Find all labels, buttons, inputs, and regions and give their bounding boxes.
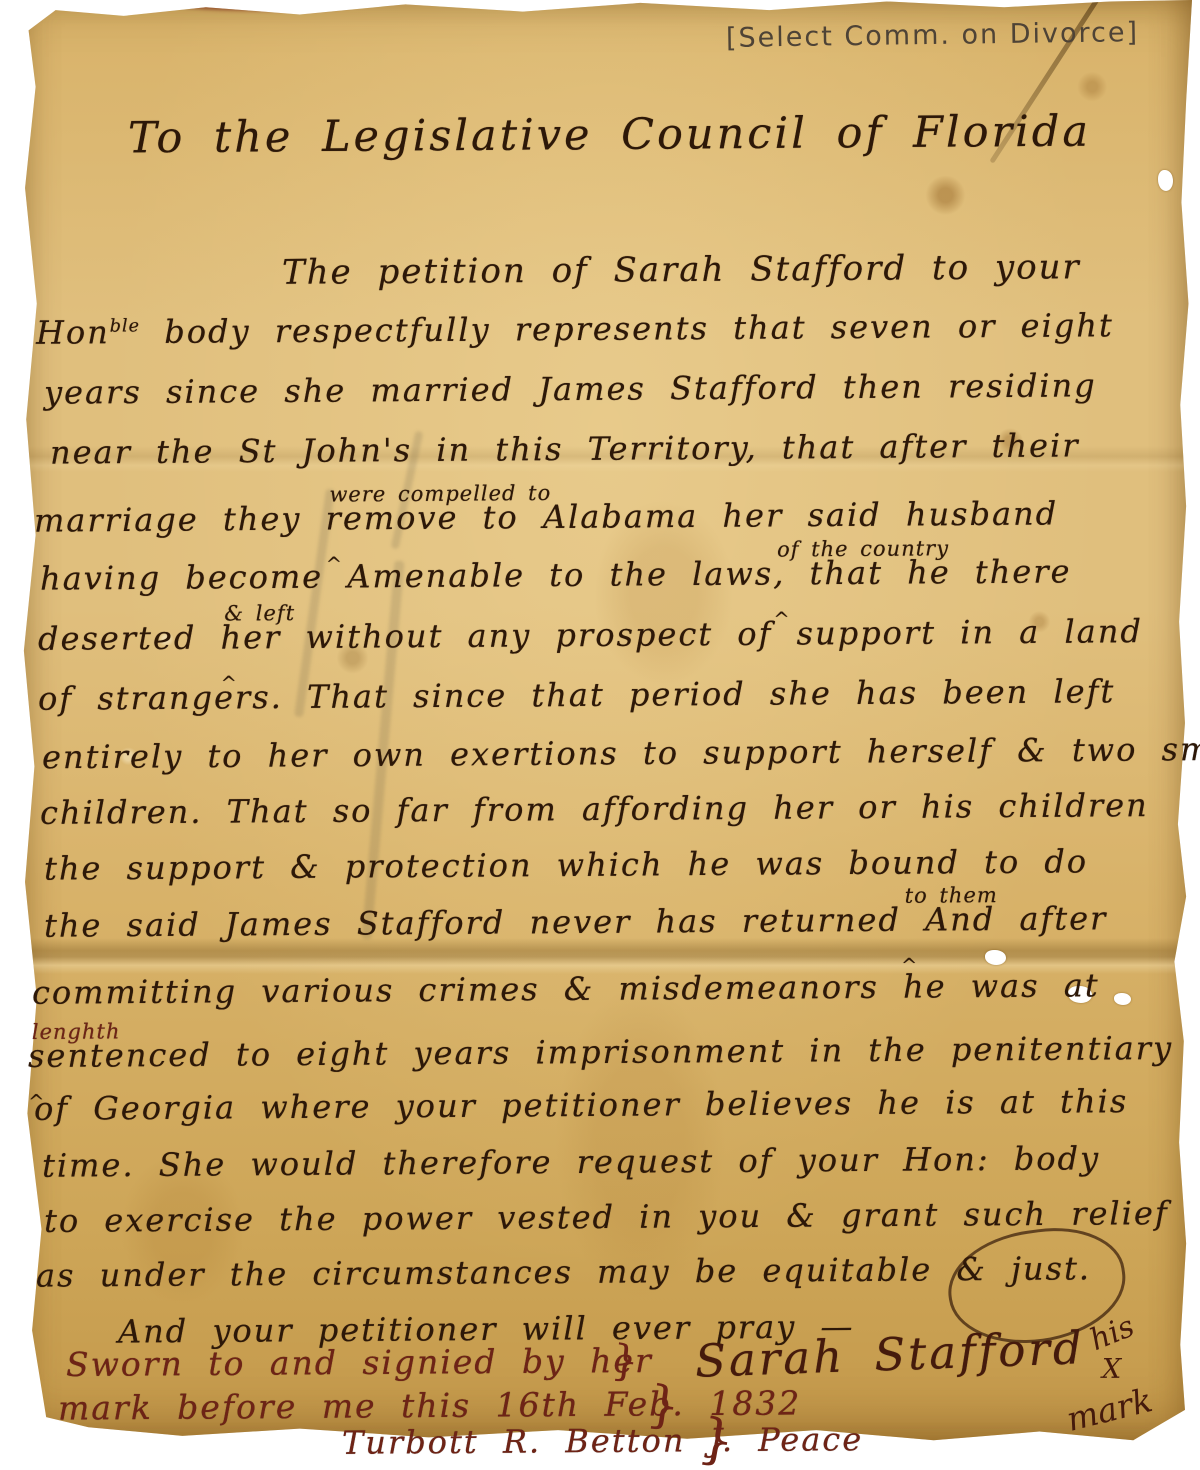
archival-note: [Select Comm. on Divorce] bbox=[726, 17, 1139, 54]
line-text: her without any prospect of support in a… bbox=[220, 612, 1143, 656]
petition-line: time. She would therefore request of you… bbox=[42, 1141, 1100, 1184]
petition-line: having become Amenable to the lawsof the… bbox=[40, 554, 1072, 596]
petition-line: marriage they were compelled to^remove t… bbox=[34, 496, 1058, 538]
tear-hole bbox=[1158, 170, 1173, 191]
petition-line: near the St John's in this Territory, th… bbox=[50, 428, 1080, 470]
line-text: Hon bbox=[36, 313, 110, 352]
line-text: deserted bbox=[38, 619, 221, 658]
petition-line: years since she married James Stafford t… bbox=[44, 368, 1097, 411]
red-smudge bbox=[178, 0, 353, 11]
line-text: body respectfully represents that seven … bbox=[140, 306, 1114, 351]
pen-flourish: } bbox=[610, 1335, 642, 1387]
petition-line: to exercise the power vested in you & gr… bbox=[44, 1196, 1169, 1239]
petition-line: as under the circumstances may be equita… bbox=[36, 1251, 1091, 1294]
insertion-text: of the country bbox=[777, 537, 949, 561]
superscript: ble bbox=[110, 316, 140, 336]
tear-hole bbox=[985, 950, 1006, 965]
insertion-text: to them bbox=[905, 884, 998, 908]
insertion-text: were compelled to bbox=[329, 482, 551, 507]
attestation-line-3: Turbott R. Betton J. Peace bbox=[342, 1422, 863, 1461]
attestation-line-1: Sworn to and signied by her bbox=[66, 1343, 653, 1383]
petition-line: the support & protection which he was bo… bbox=[44, 844, 1088, 886]
line-text: marriage they bbox=[34, 500, 326, 540]
petition-line: of Georgia where your petitioner believe… bbox=[34, 1084, 1128, 1127]
petition-line: children. That so far from affording her… bbox=[40, 788, 1149, 831]
petition-line: entirely to her own exertions to support… bbox=[42, 732, 1200, 776]
salutation: To the Legislative Council of Florida bbox=[128, 109, 1091, 163]
petition-line: Honble body respectfully represents that… bbox=[36, 308, 1114, 351]
petition-line: the said James Stafford never has return… bbox=[44, 901, 1108, 944]
petition-line: lenghth^sentenced to eight years impriso… bbox=[28, 1031, 1173, 1074]
petition-line: committing various crimes & misdemeanors… bbox=[32, 968, 1100, 1011]
signer-mark-x: X bbox=[1102, 1354, 1121, 1385]
insertion-text: & left bbox=[224, 602, 295, 626]
line-text: the said James Stafford never has return… bbox=[44, 901, 901, 945]
insertion-text: lenghth bbox=[32, 1020, 121, 1044]
petition-line: The petition of Sarah Stafford to your bbox=[282, 249, 1081, 292]
petition-line: deserted & left^her without any prospect… bbox=[38, 614, 1143, 657]
tear-hole bbox=[1114, 993, 1131, 1005]
line-text: sentenced to eight years imprisonment in… bbox=[28, 1029, 1173, 1075]
line-text: having become Amenable to the laws bbox=[40, 554, 773, 597]
petition-line: of strangers. That since that period she… bbox=[38, 674, 1116, 717]
